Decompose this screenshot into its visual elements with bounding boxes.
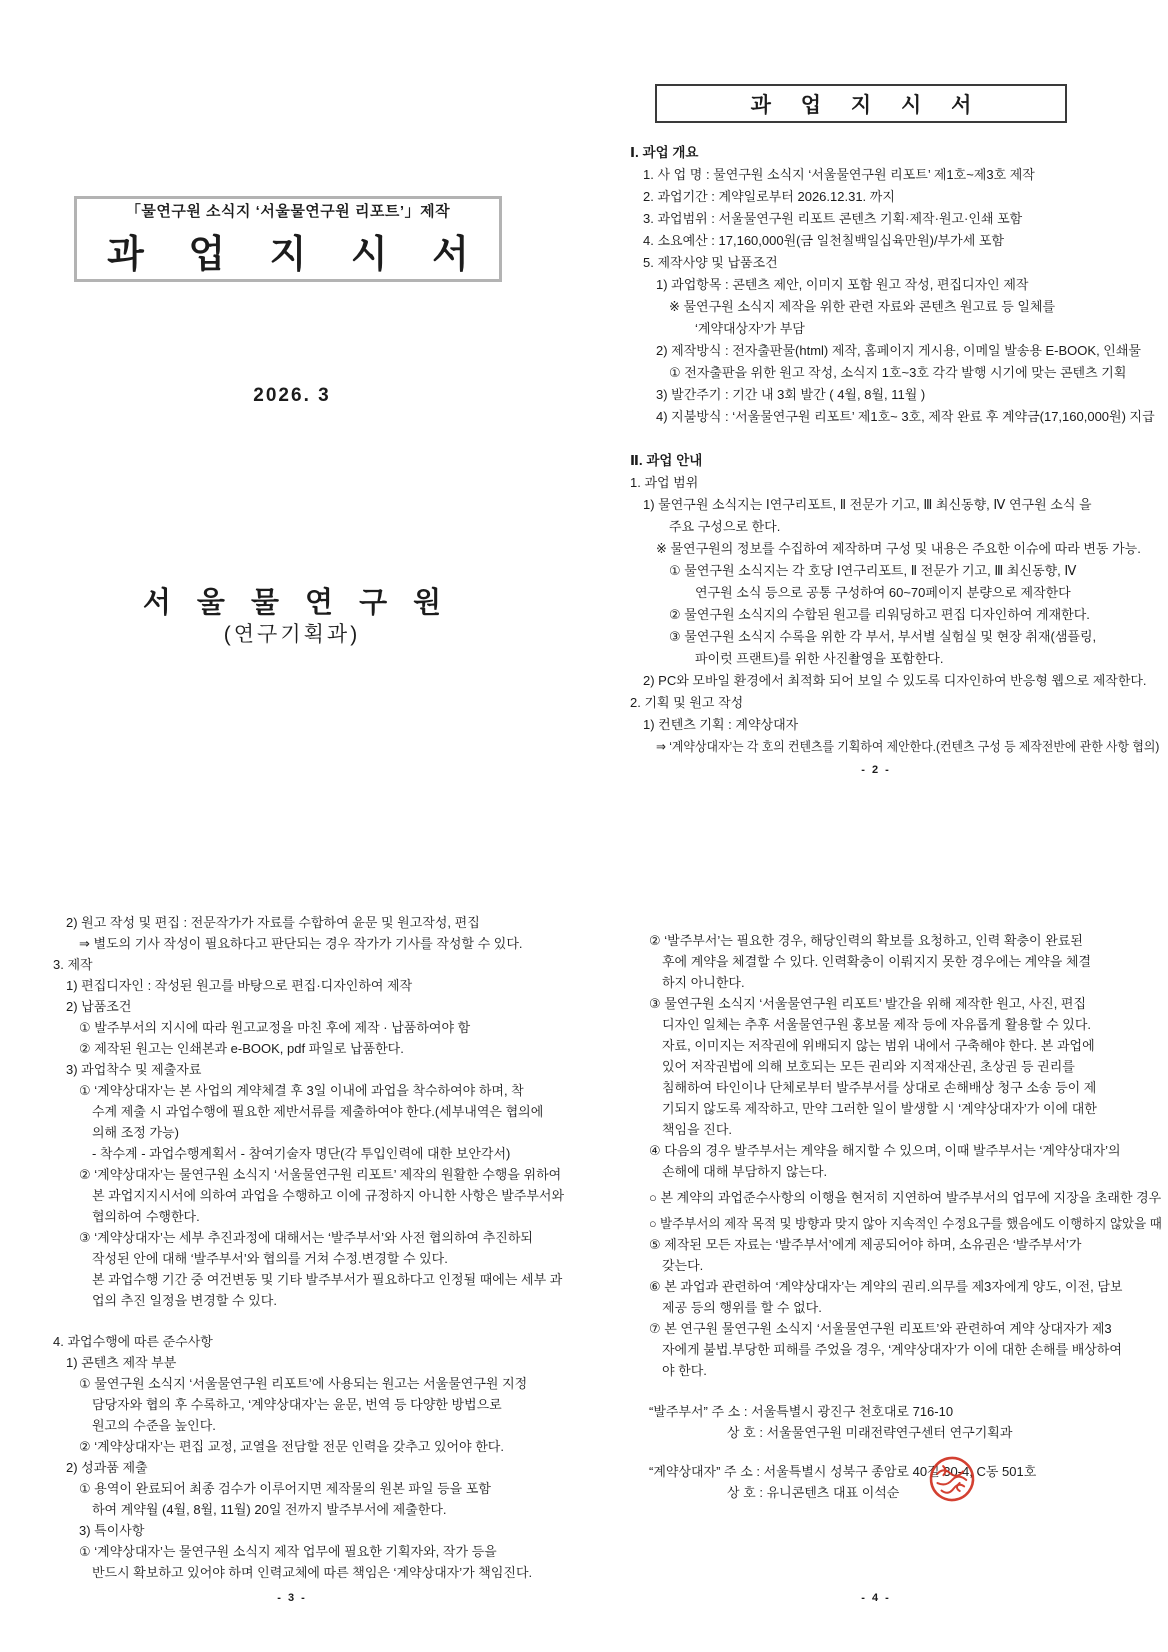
- text-line: 손해에 대해 부담하지 않는다.: [636, 1161, 1162, 1182]
- page-number: - 4 -: [584, 1592, 1168, 1604]
- page-number: - 3 -: [0, 1592, 584, 1604]
- company-seal-stamp-icon: [925, 1452, 979, 1506]
- text-line: 3) 특이사항: [40, 1520, 578, 1541]
- text-line: 침해하여 타인이나 단체로부터 발주부서를 상대로 손해배상 청구 소송 등이 …: [636, 1077, 1162, 1098]
- page-3: 2) 원고 작성 및 편집 : 전문작가가 자료를 수합하여 윤문 및 원고작성…: [0, 826, 584, 1652]
- cover-date: 2026. 3: [0, 385, 584, 407]
- text-line: 제공 등의 행위를 할 수 없다.: [636, 1297, 1162, 1318]
- document-header-title: 과 업 지 시 서: [739, 89, 984, 119]
- text-line: ① 전자출판을 위한 원고 작성, 소식지 1호~3호 각각 발행 시기에 맞는…: [630, 362, 1160, 384]
- text-line: ① 물연구원 소식지 ‘서울물연구원 리포트’에 사용되는 원고는 서울물연구원…: [40, 1373, 578, 1394]
- text-line: ⑦ 본 연구원 물연구원 소식지 ‘서울물연구원 리포트’와 관련하여 계약 상…: [636, 1318, 1162, 1339]
- text-line: 2) PC와 모바일 환경에서 최적화 되어 보일 수 있도록 디자인하여 반응…: [630, 670, 1160, 692]
- text-line: 본 과업수행 기간 중 여건변동 및 기타 발주부서가 필요하다고 인정될 때에…: [40, 1269, 578, 1290]
- text-line: ③ ‘계약상대자’는 세부 추진과정에 대해서는 ‘발주부서’와 사전 협의하여…: [40, 1227, 578, 1248]
- text-line: 2. 과업기간 : 계약일로부터 2026.12.31. 까지: [630, 186, 1160, 208]
- text-line: 3. 과업범위 : 서울물연구원 리포트 콘텐츠 기획·제작·원고·인쇄 포함: [630, 208, 1160, 230]
- text-line: 1) 컨텐츠 기획 : 계약상대자: [630, 714, 1160, 736]
- text-line: ② ‘발주부서’는 필요한 경우, 해당인력의 확보를 요청하고, 인력 확충이…: [636, 930, 1162, 951]
- text-line: ① ‘계약상대자’는 본 사업의 계약체결 후 3일 이내에 과업을 착수하여야…: [40, 1080, 578, 1101]
- page-number: - 2 -: [584, 764, 1168, 776]
- text-line: 수계 제출 시 과업수행에 필요한 제반서류를 제출하여야 한다.(세부내역은 …: [40, 1101, 578, 1122]
- text-line: ② ‘계약상대자’는 물연구원 소식지 ‘서울물연구원 리포트’ 제작의 원활한…: [40, 1164, 578, 1185]
- page-2-body: Ⅰ. 과업 개요1. 사 업 명 : 물연구원 소식지 ‘서울물연구원 리포트’…: [630, 142, 1160, 758]
- text-line: 갖는다.: [636, 1255, 1162, 1276]
- text-line: 1) 과업항목 : 콘텐츠 제안, 이미지 포함 원고 작성, 편집디자인 제작: [630, 274, 1160, 296]
- text-line: 1) 콘텐츠 제작 부분: [40, 1352, 578, 1373]
- text-line: ⇒ 별도의 기사 작성이 필요하다고 판단되는 경우 작가가 기사를 작성할 수…: [40, 933, 578, 954]
- cover-title-box: 「물연구원 소식지 ‘서울물연구원 리포트’」제작 과 업 지 시 서: [74, 196, 502, 282]
- text-line: 후에 계약을 체결할 수 있다. 인력확충이 이뤄지지 못한 경우에는 계약을 …: [636, 951, 1162, 972]
- text-line: 주요 구성으로 한다.: [630, 516, 1160, 538]
- text-line: 업의 추진 일정을 변경할 수 있다.: [40, 1290, 578, 1311]
- text-line: 파이럿 프랜트)를 위한 사진촬영을 포함한다.: [630, 648, 1160, 670]
- text-line: ② ‘계약상대자’는 편집 교정, 교열을 전담할 전문 인력을 갖추고 있어야…: [40, 1436, 578, 1457]
- text-line: ⑥ 본 과업과 관련하여 ‘계약상대자’는 계약의 권리.의무를 제3자에게 양…: [636, 1276, 1162, 1297]
- text-line: 연구원 소식 등으로 공통 구성하여 60~70페이지 분량으로 제작한다: [630, 582, 1160, 604]
- text-line: ※ 물연구원 소식지 제작을 위한 관련 자료와 콘텐츠 원고료 등 일체를: [630, 296, 1160, 318]
- text-line: ○ 본 계약의 과업준수사항의 이행을 현저히 지연하여 발주부서의 업무에 지…: [636, 1187, 1162, 1208]
- text-line: ‘계약대상자’가 부담: [630, 318, 1160, 340]
- text-line: 2) 제작방식 : 전자출판물(html) 제작, 홈페이지 게시용, 이메일 …: [630, 340, 1160, 362]
- text-line: ① 용역이 완료되어 최종 검수가 이루어지면 제작물의 원본 파일 등을 포함: [40, 1478, 578, 1499]
- page-1-cover: 「물연구원 소식지 ‘서울물연구원 리포트’」제작 과 업 지 시 서 2026…: [0, 0, 584, 826]
- document-header-box: 과 업 지 시 서: [655, 84, 1067, 123]
- text-line: ① 물연구원 소식지는 각 호당 Ⅰ연구리포트, Ⅱ 전문가 기고, Ⅲ 최신동…: [630, 560, 1160, 582]
- page-4: ② ‘발주부서’는 필요한 경우, 해당인력의 확보를 요청하고, 인력 확충이…: [584, 826, 1168, 1652]
- text-line: ※ 물연구원의 정보를 수집하여 제작하며 구성 및 내용은 주요한 이슈에 따…: [630, 538, 1160, 560]
- text-line: 야 한다.: [636, 1360, 1162, 1381]
- text-line: ⇒ ‘계약상대자’는 각 호의 컨텐츠를 기획하여 제안한다.(컨텐츠 구성 등…: [630, 736, 1160, 758]
- text-line: 3. 제작: [40, 954, 578, 975]
- text-line: 기되지 않도록 제작하고, 만약 그러한 일이 발생할 시 ‘계약상대자’가 이…: [636, 1098, 1162, 1119]
- text-line: 의해 조정 가능): [40, 1122, 578, 1143]
- text-line: 본 과업지지시서에 의하여 과업을 수행하고 이에 규정하지 아니한 사항은 발…: [40, 1185, 578, 1206]
- text-line: 2) 원고 작성 및 편집 : 전문작가가 자료를 수합하여 윤문 및 원고작성…: [40, 912, 578, 933]
- text-line: ② 제작된 원고는 인쇄본과 e-BOOK, pdf 파일로 납품한다.: [40, 1038, 578, 1059]
- text-line: 2. 기획 및 원고 작성: [630, 692, 1160, 714]
- text-line: - 착수계 - 과업수행계획서 - 참여기술자 명단(각 투입인력에 대한 보안…: [40, 1143, 578, 1164]
- text-line: 자에게 불법.부당한 피해를 주었을 경우, ‘계약상대자’가 이에 대한 손해…: [636, 1339, 1162, 1360]
- text-line: 책임을 진다.: [636, 1119, 1162, 1140]
- page-4-body: ② ‘발주부서’는 필요한 경우, 해당인력의 확보를 요청하고, 인력 확충이…: [636, 930, 1162, 1503]
- text-line: 협의하여 수행한다.: [40, 1206, 578, 1227]
- text-line: 1) 물연구원 소식지는 Ⅰ연구리포트, Ⅱ 전문가 기고, Ⅲ 최신동향, Ⅳ…: [630, 494, 1160, 516]
- text-line: ① ‘계약상대자’는 물연구원 소식지 제작 업무에 필요한 기획자와, 작가 …: [40, 1541, 578, 1562]
- cover-department: (연구기획과): [0, 618, 584, 648]
- text-line: Ⅱ. 과업 안내: [630, 450, 1160, 472]
- text-line: 디자인 일체는 추후 서울물연구원 홍보물 제작 등에 자유롭게 활용할 수 있…: [636, 1014, 1162, 1035]
- text-line: 4) 지불방식 : ‘서울물연구원 리포트’ 제1호~ 3호, 제작 완료 후 …: [630, 406, 1160, 428]
- text-line: 상 호 : 유니콘텐츠 대표 이석순: [636, 1482, 1162, 1503]
- text-line: 5. 제작사양 및 납품조건: [630, 252, 1160, 274]
- text-line: 4. 소요예산 : 17,160,000원(금 일천칠백일십육만원)/부가세 포…: [630, 230, 1160, 252]
- text-line: 하지 아니한다.: [636, 972, 1162, 993]
- text-line: ① 발주부서의 지시에 따라 원고교정을 마친 후에 제작 · 납품하여야 함: [40, 1017, 578, 1038]
- text-line: 3) 과업착수 및 제출자료: [40, 1059, 578, 1080]
- text-line: 담당자와 협의 후 수록하고, ‘계약상대자’는 윤문, 번역 등 다양한 방법…: [40, 1394, 578, 1415]
- text-line: 1. 사 업 명 : 물연구원 소식지 ‘서울물연구원 리포트’ 제1호~제3호…: [630, 164, 1160, 186]
- text-line: 반드시 확보하고 있어야 하며 인력교체에 따른 책임은 ‘계약상대자’가 책임…: [40, 1562, 578, 1583]
- text-line: ③ 물연구원 소식지 수록을 위한 각 부서, 부서별 실험실 및 현장 취재(…: [630, 626, 1160, 648]
- text-line: 있어 저작권법에 의해 보호되는 모든 권리와 지적재산권, 초상권 등 권리를: [636, 1056, 1162, 1077]
- text-line: 4. 과업수행에 따른 준수사항: [40, 1331, 578, 1352]
- text-line: 자료, 이미지는 저작권에 위배되지 않는 범위 내에서 구축해야 한다. 본 …: [636, 1035, 1162, 1056]
- text-line: 1) 편집디자인 : 작성된 원고를 바탕으로 편집·디자인하여 제작: [40, 975, 578, 996]
- text-line: Ⅰ. 과업 개요: [630, 142, 1160, 164]
- text-line: 2) 납품조건: [40, 996, 578, 1017]
- text-line: “계약상대자” 주 소 : 서울특별시 성북구 종암로 40길 30-4, C동…: [636, 1461, 1162, 1482]
- cover-title: 과 업 지 시 서: [90, 223, 486, 278]
- page-3-body: 2) 원고 작성 및 편집 : 전문작가가 자료를 수합하여 윤문 및 원고작성…: [40, 912, 578, 1583]
- text-line: 2) 성과품 제출: [40, 1457, 578, 1478]
- cover-organization: 서 울 물 연 구 원: [0, 580, 584, 621]
- text-line: ⑤ 제작된 모든 자료는 ‘발주부서’에게 제공되어야 하며, 소유권은 ‘발주…: [636, 1234, 1162, 1255]
- text-line: 상 호 : 서울물연구원 미래전략연구센터 연구기획과: [636, 1422, 1162, 1443]
- text-line: 3) 발간주기 : 기간 내 3회 발간 ( 4월, 8월, 11월 ): [630, 384, 1160, 406]
- text-line: “발주부서” 주 소 : 서울특별시 광진구 천호대로 716-10: [636, 1401, 1162, 1422]
- text-line: 하여 계약월 (4월, 8월, 11월) 20일 전까지 발주부서에 제출한다.: [40, 1499, 578, 1520]
- text-line: ② 물연구원 소식지의 수합된 원고를 리워딩하고 편집 디자인하여 게재한다.: [630, 604, 1160, 626]
- text-line: 작성된 안에 대해 ‘발주부서’와 협의를 거쳐 수정.변경할 수 있다.: [40, 1248, 578, 1269]
- text-line: 1. 과업 범위: [630, 472, 1160, 494]
- text-line: ③ 물연구원 소식지 ‘서울물연구원 리포트’ 발간을 위해 제작한 원고, 사…: [636, 993, 1162, 1014]
- cover-subtitle: 「물연구원 소식지 ‘서울물연구원 리포트’」제작: [126, 200, 450, 221]
- text-line: ④ 다음의 경우 발주부서는 계약을 해지할 수 있으며, 이때 발주부서는 ‘…: [636, 1140, 1162, 1161]
- text-line: ○ 발주부서의 제작 목적 및 방향과 맞지 않아 지속적인 수정요구를 했음에…: [636, 1213, 1162, 1234]
- scanned-document-sheet: { "document": { "title": "과업지시서", "color…: [0, 0, 1168, 1652]
- page-2: 과 업 지 시 서 Ⅰ. 과업 개요1. 사 업 명 : 물연구원 소식지 ‘서…: [584, 0, 1168, 826]
- text-line: 원고의 수준을 높인다.: [40, 1415, 578, 1436]
